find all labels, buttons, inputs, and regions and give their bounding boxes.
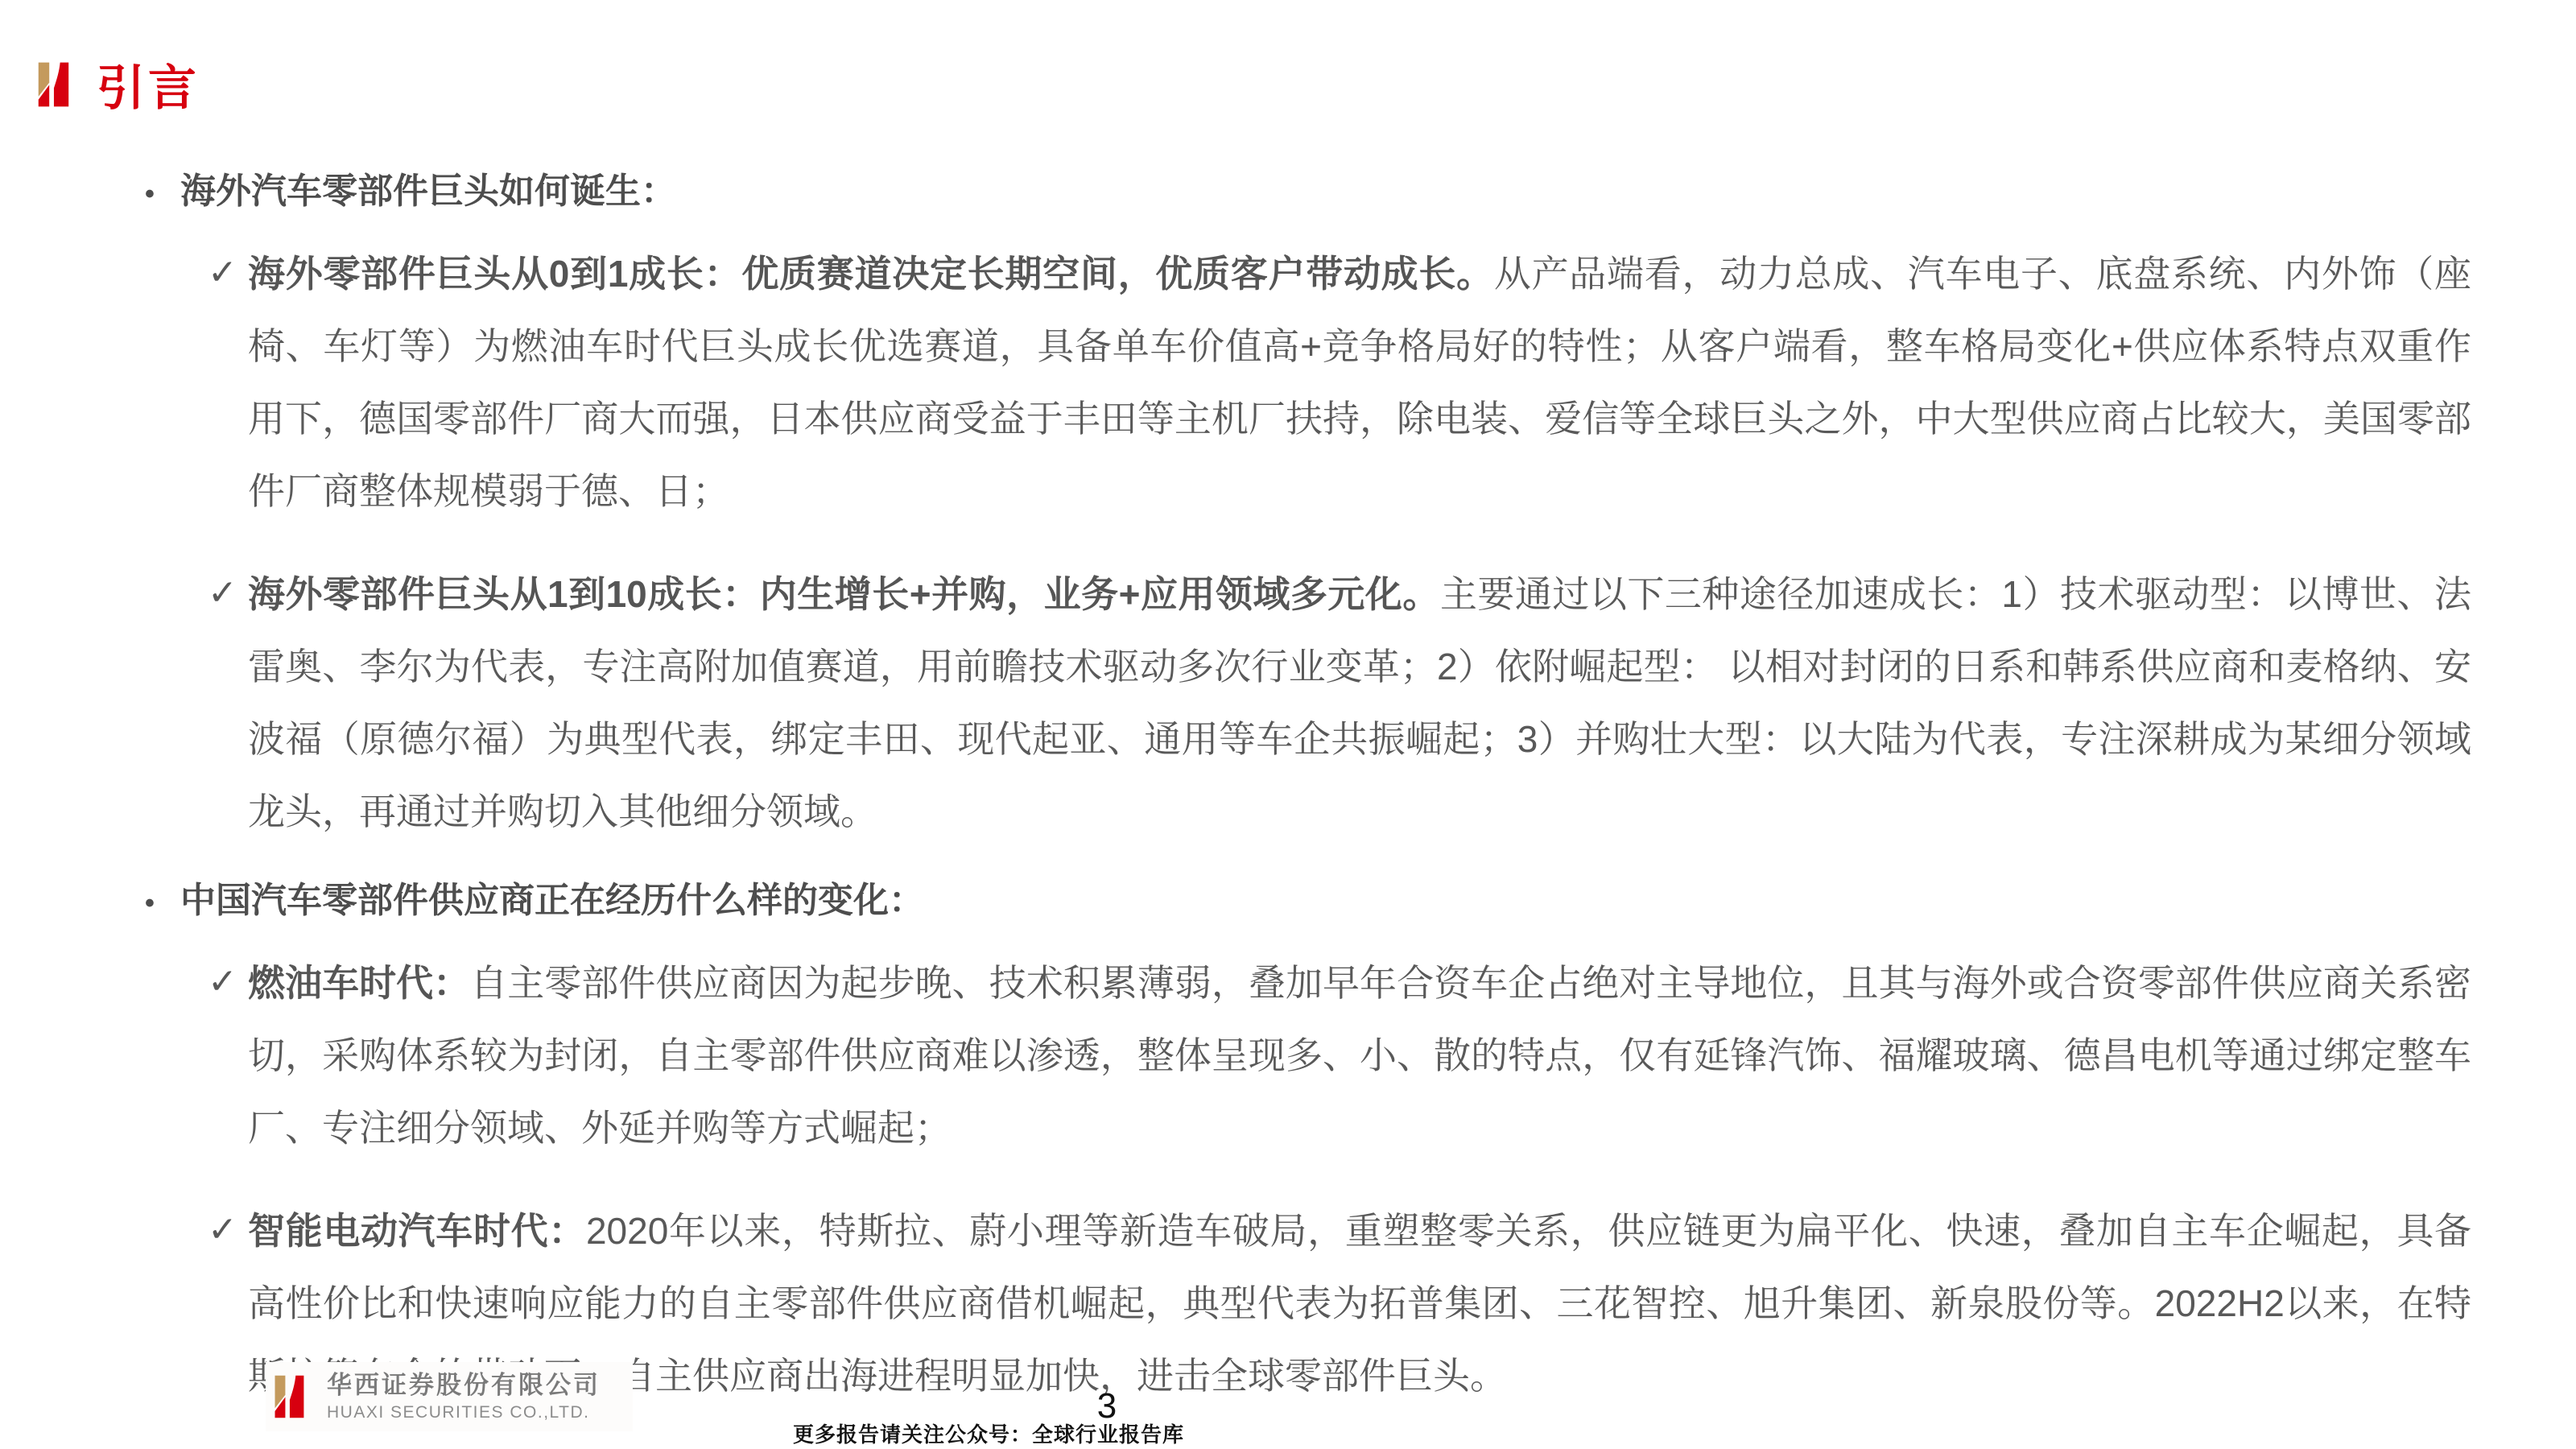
- list-item-ice-era: ✓ 燃油车时代：自主零部件供应商因为起步晚、技术积累薄弱，叠加早年合资车企占绝对…: [145, 947, 2471, 1164]
- paragraph-lead: 燃油车时代：: [248, 962, 470, 1004]
- huaxi-logo-icon: [270, 1367, 308, 1426]
- footer-brand: 华西证券股份有限公司 HUAXI SECURITIES CO.,LTD.: [266, 1362, 633, 1431]
- check-icon: ✓: [208, 961, 237, 1002]
- paragraph: 海外零部件巨头从0到1成长：优质赛道决定长期空间，优质客户带动成长。从产品端看，…: [248, 237, 2471, 527]
- bullet-heading-overseas: •海外汽车零部件巨头如何诞生：: [145, 169, 2471, 217]
- list-item-overseas-1to10: ✓ 海外零部件巨头从1到10成长：内生增长+并购，业务+应用领域多元化。主要通过…: [145, 558, 2471, 848]
- list-item-overseas-0to1: ✓ 海外零部件巨头从0到1成长：优质赛道决定长期空间，优质客户带动成长。从产品端…: [145, 237, 2471, 527]
- paragraph-lead: 海外零部件巨头从1到10成长：内生增长+并购，业务+应用领域多元化。: [248, 573, 1440, 615]
- check-icon: ✓: [208, 1209, 237, 1250]
- check-icon: ✓: [208, 572, 237, 613]
- paragraph-lead: 智能电动汽车时代：: [248, 1210, 586, 1252]
- bullet-heading-china: •中国汽车零部件供应商正在经历什么样的变化：: [145, 878, 2471, 926]
- header: 引言: [34, 50, 200, 119]
- slide-body: •海外汽车零部件巨头如何诞生： ✓ 海外零部件巨头从0到1成长：优质赛道决定长期…: [145, 158, 2471, 1443]
- paragraph: 海外零部件巨头从1到10成长：内生增长+并购，业务+应用领域多元化。主要通过以下…: [248, 558, 2471, 848]
- bullet-icon: •: [145, 171, 180, 217]
- huaxi-logo-icon: [34, 54, 72, 115]
- paragraph: 燃油车时代：自主零部件供应商因为起步晚、技术积累薄弱，叠加早年合资车企占绝对主导…: [248, 947, 2471, 1164]
- bullet-heading-text: 中国汽车零部件供应商正在经历什么样的变化：: [180, 881, 924, 920]
- bullet-icon: •: [145, 881, 180, 926]
- footer-company-en: HUAXI SECURITIES CO.,LTD.: [327, 1402, 601, 1424]
- footer-company-cn: 华西证券股份有限公司: [327, 1369, 601, 1402]
- watermark-text: 更多报告请关注公众号：全球行业报告库: [793, 1418, 1184, 1448]
- paragraph-lead: 海外零部件巨头从0到1成长：优质赛道决定长期空间，优质客户带动成长。: [248, 253, 1494, 295]
- paragraph-body: 自主零部件供应商因为起步晚、技术积累薄弱，叠加早年合资车企占绝对主导地位，且其与…: [248, 962, 2471, 1149]
- page-title: 引言: [97, 50, 200, 119]
- bullet-heading-text: 海外汽车零部件巨头如何诞生：: [180, 171, 676, 211]
- footer-company: 华西证券股份有限公司 HUAXI SECURITIES CO.,LTD.: [327, 1369, 601, 1424]
- check-icon: ✓: [208, 252, 237, 293]
